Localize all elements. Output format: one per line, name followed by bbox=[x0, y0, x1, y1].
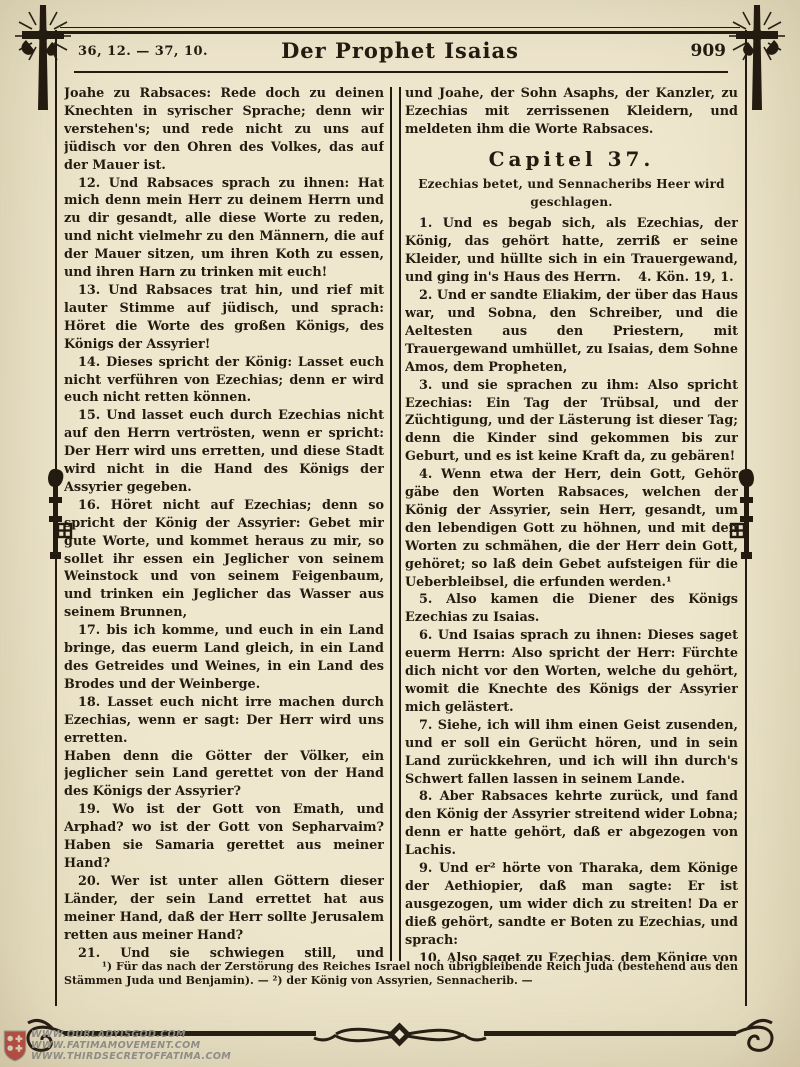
footnote: ¹) Für das nach der Zerstörung des Reich… bbox=[64, 960, 738, 988]
left-column: Joahe zu Rabsaces: Rede doch zu deinen K… bbox=[64, 85, 384, 961]
verse-paragraph: 2. Und er sandte Eliakim, der über das H… bbox=[405, 287, 738, 377]
verse-paragraph: 13. Und Rabsaces trat hin, und rief mit … bbox=[64, 282, 384, 354]
verse-paragraph: 1. Und es begab sich, als Ezechias, der … bbox=[405, 215, 738, 287]
watermark-shield-icon bbox=[3, 1030, 27, 1062]
verse-paragraph: 7. Siehe, ich will ihm einen Geist zusen… bbox=[405, 717, 738, 789]
continuation-paragraph: und Joahe, der Sohn Asaphs, der Kanzler,… bbox=[405, 85, 738, 139]
verse-paragraph: 20. Wer ist unter allen Göttern dieser L… bbox=[64, 873, 384, 945]
verse-paragraph: 21. Und sie schwiegen still, und antwort… bbox=[64, 945, 384, 962]
verse-paragraph: 6. Und Isaias sprach zu ihnen: Dieses sa… bbox=[405, 627, 738, 717]
page-number: 909 bbox=[691, 41, 727, 61]
page-title: Der Prophet Isaias bbox=[0, 38, 800, 63]
watermark: WWW.OURLADYISGOD.COM WWW.FATIMAMOVEMENT.… bbox=[3, 1030, 231, 1062]
right-column: und Joahe, der Sohn Asaphs, der Kanzler,… bbox=[405, 85, 738, 961]
scanned-book-page: 36, 12. — 37, 10. Der Prophet Isaias 909… bbox=[0, 0, 800, 1067]
verse-paragraph: 18. Lasset euch nicht irre machen durch … bbox=[64, 694, 384, 748]
column-divider-rule bbox=[390, 87, 401, 961]
verse-paragraph: 17. bis ich komme, und euch in ein Land … bbox=[64, 622, 384, 694]
verse-paragraph: 8. Aber Rabsaces kehrte zurück, und fand… bbox=[405, 788, 738, 860]
verse-paragraph: 5. Also kamen die Diener des Königs Ezec… bbox=[405, 591, 738, 627]
text-columns: Joahe zu Rabsaces: Rede doch zu deinen K… bbox=[64, 85, 738, 961]
verse-paragraph: Haben denn die Götter der Völker, ein je… bbox=[64, 748, 384, 802]
watermark-url-3: WWW.THIRDSECRETOFFATIMA.COM bbox=[31, 1052, 231, 1063]
chapter-summary: Ezechias betet, und Sennacheribs Heer wi… bbox=[405, 176, 738, 212]
top-double-rule bbox=[60, 27, 740, 34]
verse-paragraph: 9. Und er² hörte von Tharaka, dem Könige… bbox=[405, 860, 738, 950]
chapter-heading: Capitel 37. bbox=[405, 151, 738, 169]
header-underline-rule bbox=[74, 71, 728, 73]
continuation-paragraph: Joahe zu Rabsaces: Rede doch zu deinen K… bbox=[64, 85, 384, 175]
watermark-url-2: WWW.FATIMAMOVEMENT.COM bbox=[31, 1041, 231, 1052]
verse-paragraph: 3. und sie sprachen zu ihm: Also spricht… bbox=[405, 377, 738, 467]
verse-paragraph: 4. Wenn etwa der Herr, dein Gott, Gehör … bbox=[405, 466, 738, 591]
verse-paragraph: 15. Und lasset euch durch Ezechias nicht… bbox=[64, 407, 384, 497]
verse-paragraph: 12. Und Rabsaces sprach zu ihnen: Hat mi… bbox=[64, 175, 384, 282]
verse-paragraph: 16. Höret nicht auf Ezechias; denn so sp… bbox=[64, 497, 384, 622]
verse-paragraph: 14. Dieses spricht der König: Lasset euc… bbox=[64, 354, 384, 408]
verse-paragraph: 19. Wo ist der Gott von Emath, und Arpha… bbox=[64, 801, 384, 873]
